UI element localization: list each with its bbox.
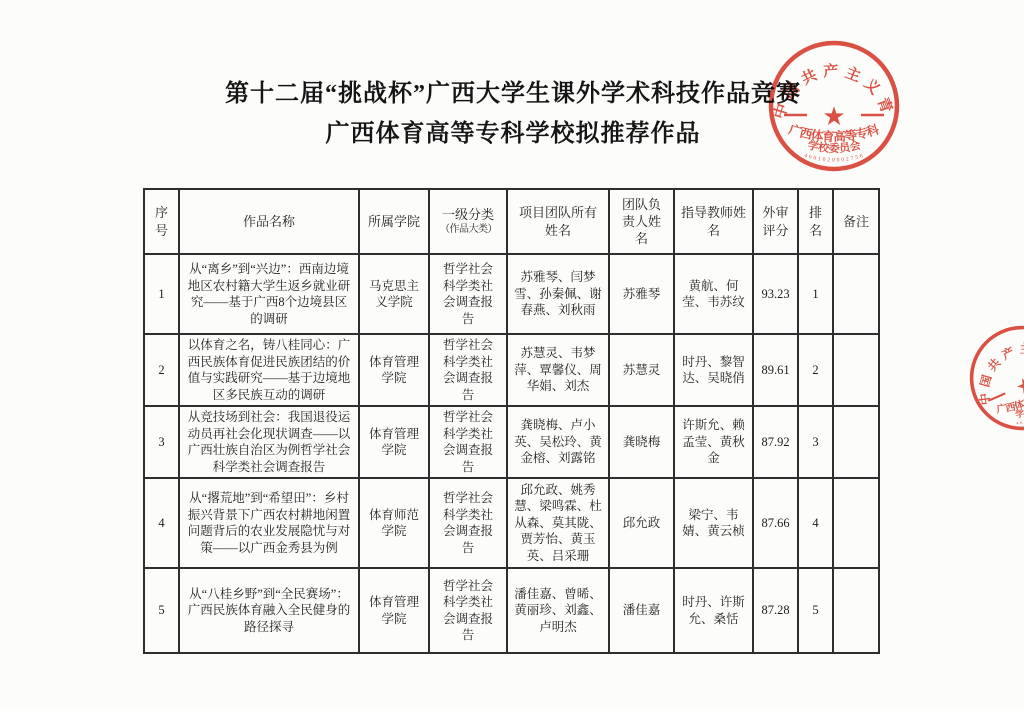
cell-seq: 1 xyxy=(144,254,179,334)
header-category-sub: （作品大类） xyxy=(440,223,496,236)
cell-rank: 3 xyxy=(798,406,833,478)
header-team: 项目团队所有姓名 xyxy=(507,189,609,254)
header-college: 所属学院 xyxy=(359,189,429,254)
cell-advisors: 黄航、何莹、韦苏纹 xyxy=(674,254,753,334)
cell-note xyxy=(833,254,879,334)
cell-work: 以体育之名，铸八桂同心：广西民族体育促进民族团结的价值与实践研究——基于边境地区… xyxy=(179,334,359,406)
cell-college: 体育管理学院 xyxy=(359,406,429,478)
cell-score: 87.66 xyxy=(753,478,798,568)
cell-category: 哲学社会科学类社会调查报告 xyxy=(429,478,507,568)
table-row: 1 从“离乡”到“兴边”：西南边境地区农村籍大学生返乡就业研究——基于广西8个边… xyxy=(144,254,879,334)
official-seal-partial-icon: 中国共产主义青年团 ★ 广西体育高等专科 学校委员会 4601020002756 xyxy=(948,304,1024,452)
cell-seq: 3 xyxy=(144,406,179,478)
header-work: 作品名称 xyxy=(179,189,359,254)
table-row: 2 以体育之名，铸八桂同心：广西民族体育促进民族团结的价值与实践研究——基于边境… xyxy=(144,334,879,406)
cell-rank: 2 xyxy=(798,334,833,406)
cell-college: 体育管理学院 xyxy=(359,568,429,653)
cell-work: 从“撂荒地”到“希望田”：乡村振兴背景下广西农村耕地闲置问题背后的农业发展隐忧与… xyxy=(179,478,359,568)
document-page: 第十二届“挑战杯”广西大学生课外学术科技作品竞赛 广西体育高等专科学校拟推荐作品… xyxy=(0,0,1024,709)
table-row: 3 从竞技场到社会：我国退役运动员再社会化现状调查——以广西壮族自治区为例哲学社… xyxy=(144,406,879,478)
cell-seq: 4 xyxy=(144,478,179,568)
cell-college: 体育管理学院 xyxy=(359,334,429,406)
table-row: 4 从“撂荒地”到“希望田”：乡村振兴背景下广西农村耕地闲置问题背后的农业发展隐… xyxy=(144,478,879,568)
cell-score: 87.92 xyxy=(753,406,798,478)
cell-rank: 4 xyxy=(798,478,833,568)
cell-team: 龚晓梅、卢小英、吴松玲、黄金榕、刘露铭 xyxy=(507,406,609,478)
cell-advisors: 时丹、黎智达、吴晓俏 xyxy=(674,334,753,406)
cell-seq: 5 xyxy=(144,568,179,653)
cell-rank: 1 xyxy=(798,254,833,334)
cell-score: 89.61 xyxy=(753,334,798,406)
cell-note xyxy=(833,478,879,568)
cell-seq: 2 xyxy=(144,334,179,406)
cell-category: 哲学社会科学类社会调查报告 xyxy=(429,406,507,478)
cell-score: 87.28 xyxy=(753,568,798,653)
recommended-works-table: 序号 作品名称 所属学院 一级分类 （作品大类） 项目团队所有姓名 团队负责人姓… xyxy=(143,188,880,654)
cell-team: 潘佳嘉、曾晞、黄丽珍、刘鑫、卢明杰 xyxy=(507,568,609,653)
cell-leader: 龚晓梅 xyxy=(609,406,674,478)
cell-leader: 苏慧灵 xyxy=(609,334,674,406)
table-header-row: 序号 作品名称 所属学院 一级分类 （作品大类） 项目团队所有姓名 团队负责人姓… xyxy=(144,189,879,254)
cell-leader: 潘佳嘉 xyxy=(609,568,674,653)
official-seal-icon: 中国共产主义青年团 ★ 广西体育高等专科 学校委员会 4601020002756 xyxy=(764,36,904,176)
cell-work: 从“离乡”到“兴边”：西南边境地区农村籍大学生返乡就业研究——基于广西8个边境县… xyxy=(179,254,359,334)
cell-category: 哲学社会科学类社会调查报告 xyxy=(429,254,507,334)
cell-team: 苏雅琴、闫梦雪、孙秦佩、谢春燕、刘秋雨 xyxy=(507,254,609,334)
cell-college: 马克思主义学院 xyxy=(359,254,429,334)
cell-advisors: 梁宁、韦婧、黄云桢 xyxy=(674,478,753,568)
table-row: 5 从“八桂乡野”到“全民赛场”：广西民族体育融入全民健身的路径探寻 体育管理学… xyxy=(144,568,879,653)
cell-college: 体育师范学院 xyxy=(359,478,429,568)
cell-category: 哲学社会科学类社会调查报告 xyxy=(429,568,507,653)
header-advisors: 指导教师姓名 xyxy=(674,189,753,254)
cell-advisors: 时丹、许斯允、桑恬 xyxy=(674,568,753,653)
cell-rank: 5 xyxy=(798,568,833,653)
header-note: 备注 xyxy=(833,189,879,254)
cell-score: 93.23 xyxy=(753,254,798,334)
cell-advisors: 许斯允、赖孟莹、黄秋金 xyxy=(674,406,753,478)
cell-note xyxy=(833,406,879,478)
seal-star-icon: ★ xyxy=(1012,372,1024,401)
cell-category: 哲学社会科学类社会调查报告 xyxy=(429,334,507,406)
seal-ring-text: 中国共产主义青年团 xyxy=(948,304,1024,414)
cell-work: 从竞技场到社会：我国退役运动员再社会化现状调查——以广西壮族自治区为例哲学社会科… xyxy=(179,406,359,478)
header-category: 一级分类 （作品大类） xyxy=(429,189,507,254)
header-score: 外审评分 xyxy=(753,189,798,254)
header-category-main: 一级分类 xyxy=(442,207,494,222)
header-leader: 团队负责人姓名 xyxy=(609,189,674,254)
svg-text:中国共产主义青年团: 中国共产主义青年团 xyxy=(948,304,1024,414)
cell-leader: 邱允政 xyxy=(609,478,674,568)
cell-team: 苏慧灵、韦梦萍、覃馨仪、周华娟、刘杰 xyxy=(507,334,609,406)
header-seq: 序号 xyxy=(144,189,179,254)
seal-star-icon: ★ xyxy=(822,102,845,131)
cell-work: 从“八桂乡野”到“全民赛场”：广西民族体育融入全民健身的路径探寻 xyxy=(179,568,359,653)
cell-leader: 苏雅琴 xyxy=(609,254,674,334)
header-rank: 排名 xyxy=(798,189,833,254)
cell-team: 邱允政、姚秀慧、梁鸣霖、杜从森、莫其陇、贾芳怡、黄玉英、吕采珊 xyxy=(507,478,609,568)
cell-note xyxy=(833,334,879,406)
cell-note xyxy=(833,568,879,653)
